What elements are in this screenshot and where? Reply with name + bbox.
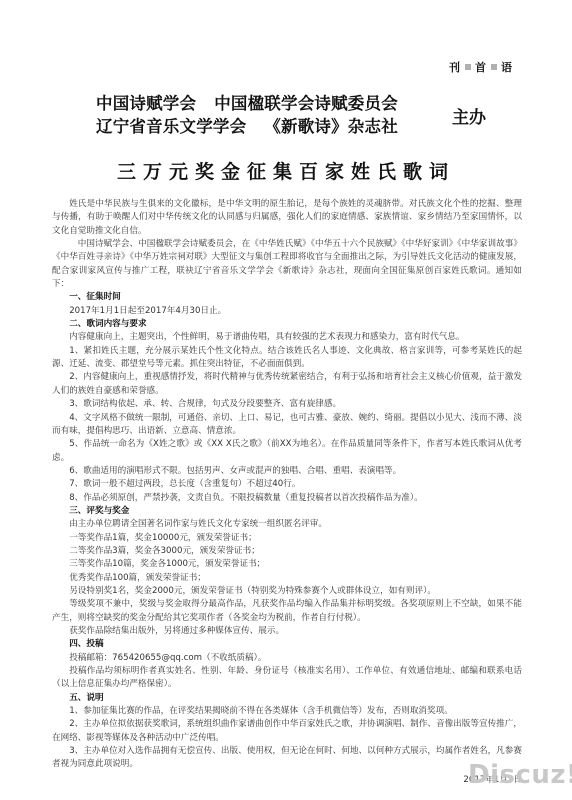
section-text: 投稿作品均须标明作者真实姓名、性别、年龄、身份证号（核准实名用）、工作单位、有效… — [52, 665, 522, 692]
requirement-item: 3、歌词结构依起、承、转、合规律，句式及分段要整齐、富有旋律感。 — [52, 398, 522, 411]
section-heading: 三、评奖与奖金 — [52, 505, 522, 518]
intro-paragraph: 姓氏是中华民族与生俱来的文化徽标，是中华文明的原生胎记，是每个族姓的灵魂脐带。对… — [52, 198, 522, 238]
separator-square-icon — [491, 64, 497, 70]
intro-paragraph: 中国诗赋学会、中国楹联学会诗赋委员会，在《中华姓氏赋》《中华五十六个民族赋》《中… — [52, 238, 522, 291]
email-note: （不收纸质稿）。 — [202, 653, 266, 663]
requirement-item: 7、歌词一般不超过两段，总长度（含重复句）不超过40行。 — [52, 478, 522, 491]
host-org: 中国诗赋学会 — [96, 94, 196, 113]
email-label: 投稿邮箱： — [69, 653, 112, 663]
watermark-logo: Discuz! — [468, 760, 572, 790]
section-heading: 一、征集时间 — [52, 291, 522, 304]
host-line-2: 辽宁省音乐文学学会《新歌诗》杂志社 — [96, 115, 456, 138]
publish-date: 2017年1月5日 — [52, 774, 522, 787]
host-line-1: 中国诗赋学会中国楹联学会诗赋委员会 — [96, 92, 456, 115]
article-body: 姓氏是中华民族与生俱来的文化徽标，是中华文明的原生胎记，是每个族姓的灵魂脐带。对… — [52, 198, 522, 787]
host-org: 《新歌诗》杂志社 — [264, 117, 398, 136]
requirement-item: 5、作品统一命名为《X姓之歌》或《XX X氏之歌》（前XX为地名）。在作品质量同… — [52, 438, 522, 465]
section-text: 内容健康向上，主题突出，个性鲜明，易于谱曲传唱，具有较强的艺术表现力和感染力，富… — [52, 331, 522, 344]
column-label: 刊 首 语 — [449, 59, 513, 75]
section-text: 2017年1月1日起至2017年4月30日止。 — [52, 305, 522, 318]
award-line: 二等奖作品3篇，奖金各3000元，颁发荣誉证书； — [52, 545, 522, 558]
award-line: 优秀奖作品100篇，颁发荣誉证书； — [52, 572, 522, 585]
section-text: 等级奖项不兼中，奖级与奖金取得分最高作品，凡获奖作品均编入作品集并标明奖级。各奖… — [52, 598, 522, 625]
note-item: 2、主办单位拟依据获奖歌词，系统组织曲作家谱曲创作中华百家姓氏之歌，并协调演唱、… — [52, 718, 522, 745]
section-heading: 二、歌词内容与要求 — [52, 318, 522, 331]
section-heading: 四、投稿 — [52, 638, 522, 651]
note-item: 1、参加征集比赛的作品，在评奖结果揭晓前不得在各类媒体（含手机微信等）发布，否则… — [52, 705, 522, 718]
host-suffix: 主办 — [452, 103, 486, 128]
requirement-item: 2、内容健康向上，重视感情抒发，将时代精神与优秀传统紧密结合，有利于弘扬和培育社… — [52, 371, 522, 398]
requirement-item: 4、文字风格不做统一限制，可通俗、亲切、上口、易记，也可古雅、豪放、婉约、绮丽。… — [52, 412, 522, 439]
requirement-item: 1、紧扣姓氏主题，充分展示某姓氏个性文化特点。结合该姓氏名人事迹、文化典故、格言… — [52, 345, 522, 372]
submission-email-line: 投稿邮箱：765420655@qq.com（不收纸质稿）。 — [52, 652, 522, 665]
separator-square-icon — [465, 64, 471, 70]
requirement-item: 6、歌曲适用的演唱形式不限。包括男声、女声或混声的独唱、合唱、重唱、表演唱等。 — [52, 465, 522, 478]
host-org: 中国楹联学会诗赋委员会 — [214, 94, 398, 113]
award-line: 三等奖作品10篇，奖金各1000元，颁发荣誉证书； — [52, 558, 522, 571]
note-item: 3、主办单位对入选作品拥有无偿宣传、出版、使用权，但无论在何时、何地、以何种方式… — [52, 745, 522, 772]
section-heading: 五、说明 — [52, 692, 522, 705]
section-text: 获奖作品除结集出版外，另将通过多种媒体宣传、展示。 — [52, 625, 522, 638]
column-label-char: 首 — [475, 59, 487, 75]
page-title: 三万元奖金征集百家姓氏歌词 — [0, 157, 572, 184]
email-address[interactable]: 765420655@qq.com — [112, 653, 202, 663]
award-line: 一等奖作品1篇，奖金10000元，颁发荣誉证书； — [52, 532, 522, 545]
host-org: 辽宁省音乐文学学会 — [96, 117, 246, 136]
award-line: 由主办单位聘请全国著名词作家与姓氏文化专家统一组织匿名评审。 — [52, 518, 522, 531]
column-label-char: 刊 — [449, 59, 461, 75]
host-organizations: 中国诗赋学会中国楹联学会诗赋委员会 辽宁省音乐文学学会《新歌诗》杂志社 — [96, 92, 456, 138]
column-label-char: 语 — [501, 59, 513, 75]
award-line: 另设特别奖1名，奖金2000元，颁发荣誉证书（特别奖为特殊参赛个人或群体设立，如… — [52, 585, 522, 598]
requirement-item: 8、作品必须原创，严禁抄袭，文责自负。不限投稿数量（重复投稿者以首次投稿作品为准… — [52, 492, 522, 505]
